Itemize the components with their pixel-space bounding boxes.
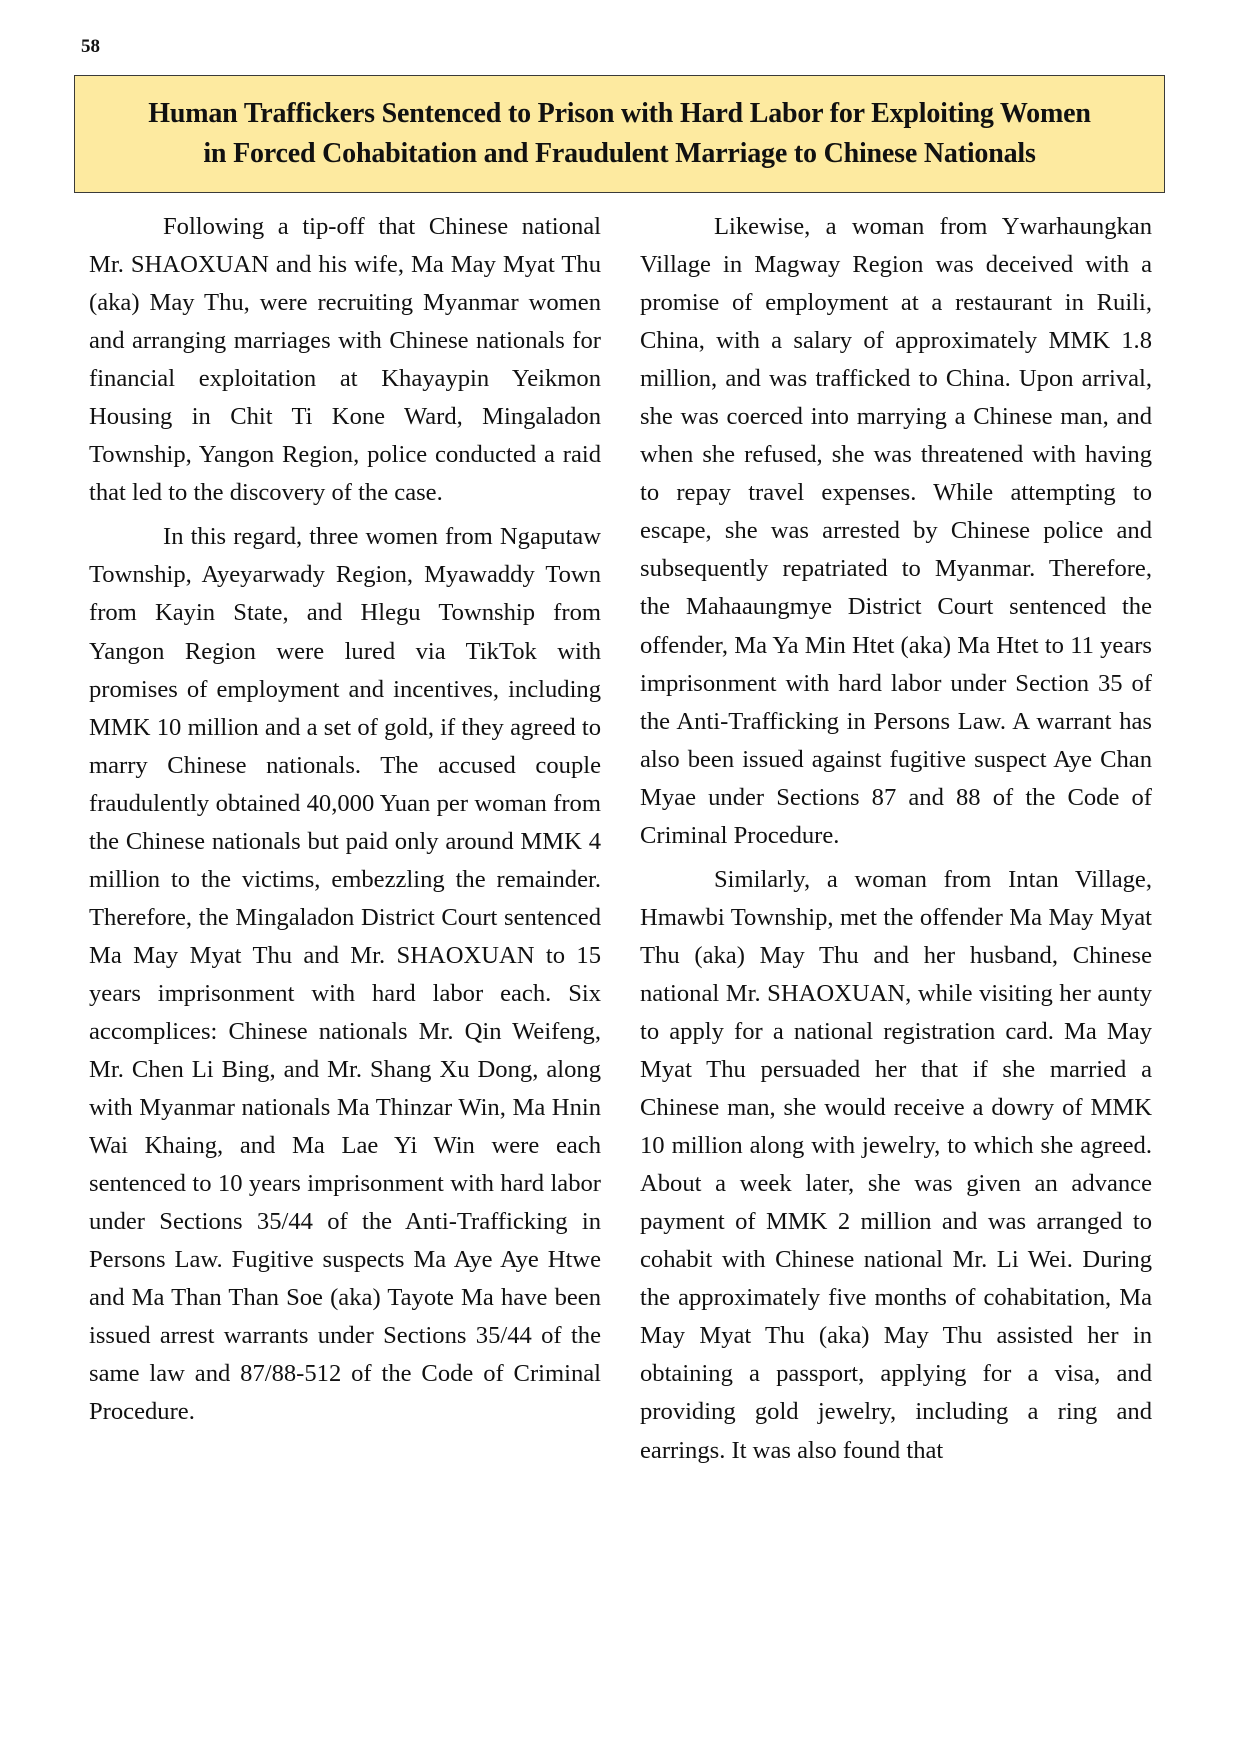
paragraph: In this regard, three women from Ngaputa… — [89, 518, 601, 1431]
article-right-column: Likewise, a woman from Ywarhaungkan Vill… — [640, 208, 1152, 1476]
article-title-line-1: Human Traffickers Sentenced to Prison wi… — [148, 94, 1090, 134]
article-title-box: Human Traffickers Sentenced to Prison wi… — [74, 75, 1165, 193]
paragraph: Similarly, a woman from Intan Village, H… — [640, 861, 1152, 1470]
article-title-line-2: in Forced Cohabitation and Fraudulent Ma… — [203, 134, 1035, 174]
page-number: 58 — [81, 36, 100, 58]
paragraph: Following a tip-off that Chinese nationa… — [89, 208, 601, 512]
paragraph: Likewise, a woman from Ywarhaungkan Vill… — [640, 208, 1152, 855]
article-left-column: Following a tip-off that Chinese nationa… — [89, 208, 601, 1438]
